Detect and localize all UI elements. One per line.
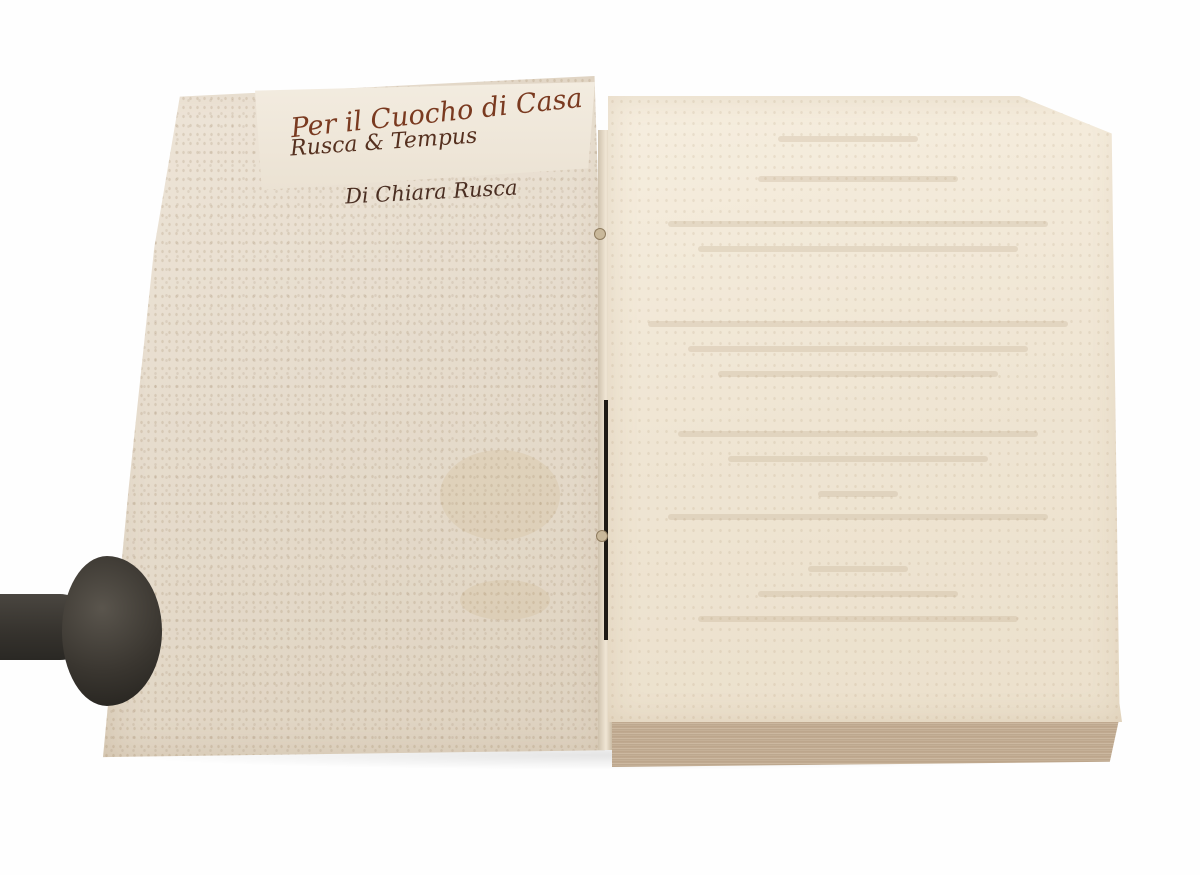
faint-title-line (758, 176, 958, 182)
faint-text-line (648, 321, 1068, 327)
faint-imprint-line (698, 616, 1018, 622)
paper-stain (440, 450, 560, 540)
faint-text-line (818, 491, 898, 497)
faint-text-line (698, 246, 1018, 252)
paper-stain (460, 580, 550, 620)
faint-text-line (668, 221, 1048, 227)
faint-text-line (728, 456, 988, 462)
faint-divider (808, 566, 908, 572)
binding-thread-icon (596, 530, 608, 542)
binding-thread-icon (594, 228, 606, 240)
text-block-page-edges (612, 715, 1120, 767)
photo-scene: Per il Cuocho di Casa Rusca & Tempus Di … (0, 0, 1200, 875)
faint-text-line (678, 431, 1038, 437)
faint-imprint-line (758, 591, 958, 597)
faint-text-line (688, 346, 1028, 352)
faint-text-line (718, 371, 998, 377)
title-page: (faint, illegible printed title page) (608, 96, 1122, 722)
faint-title-line (778, 136, 918, 142)
faint-text-line (668, 514, 1048, 520)
